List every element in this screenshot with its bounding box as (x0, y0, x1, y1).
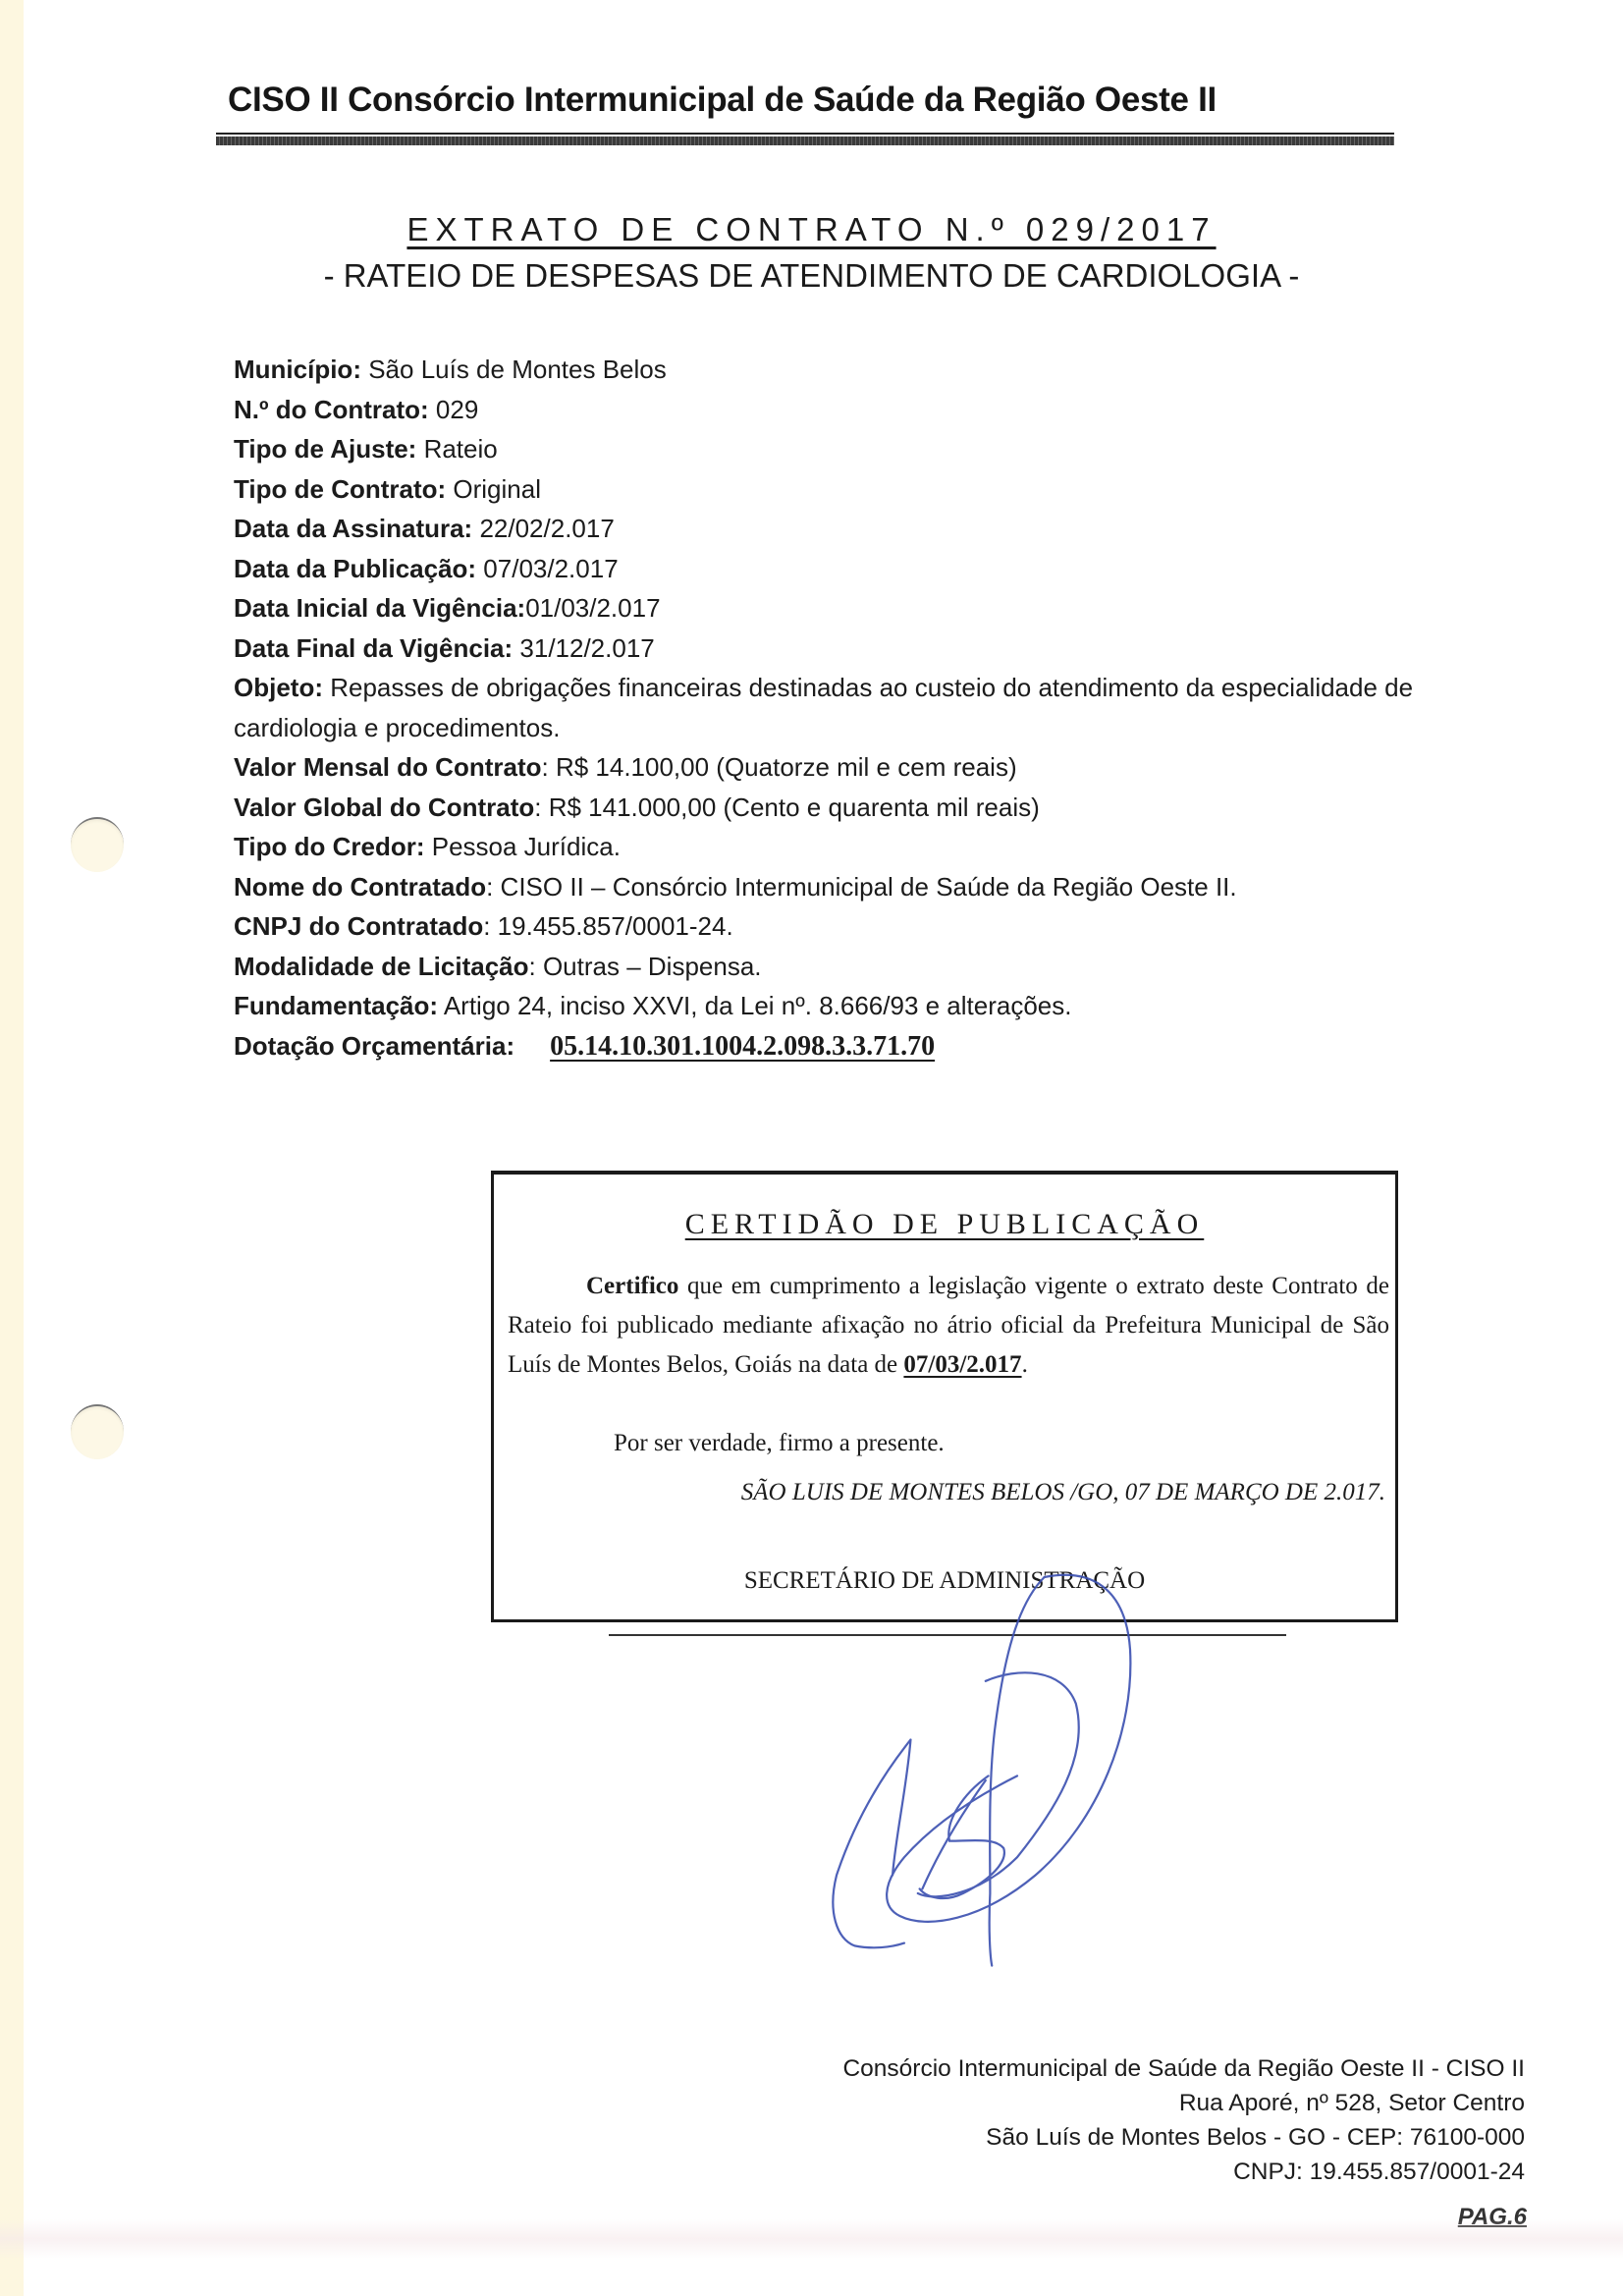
field-value: Repasses de obrigações financeiras desti… (234, 673, 1413, 742)
certificate-publication-date: 07/03/2.017 (903, 1351, 1021, 1378)
field-municipio: Município: São Luís de Montes Belos (234, 350, 1432, 390)
field-end-date: Data Final da Vigência: 31/12/2.017 (234, 629, 1432, 669)
certificate-closing: Por ser verdade, firmo a presente. (614, 1430, 945, 1457)
field-start-date: Data Inicial da Vigência:01/03/2.017 (234, 588, 1432, 629)
field-contractor-name: Nome do Contratado: CISO II – Consórcio … (234, 867, 1432, 907)
field-contract-type: Tipo de Contrato: Original (234, 469, 1432, 510)
contract-fields: Município: São Luís de Montes Belos N.º … (234, 350, 1432, 1066)
field-value: São Luís de Montes Belos (361, 355, 667, 384)
certificate-place-date: SÃO LUIS DE MONTES BELOS /GO, 07 DE MARÇ… (741, 1479, 1385, 1506)
field-value: : R$ 141.000,00 (Cento e quarenta mil re… (534, 793, 1040, 822)
field-publication-date: Data da Publicação: 07/03/2.017 (234, 549, 1432, 589)
letterhead-rule-thick (216, 137, 1394, 145)
document-title: EXTRATO DE CONTRATO N.º 029/2017 (0, 211, 1623, 248)
letterhead-rule (216, 133, 1394, 135)
field-value: : 19.455.857/0001-24. (483, 911, 732, 941)
field-label: Data Final da Vigência: (234, 633, 513, 663)
certificate-lead-word: Certifico (586, 1273, 678, 1299)
field-contract-number: N.º do Contrato: 029 (234, 390, 1432, 430)
field-value: 01/03/2.017 (525, 593, 660, 623)
field-label: Valor Mensal do Contrato (234, 752, 542, 782)
field-bidding-modality: Modalidade de Licitação: Outras – Dispen… (234, 947, 1432, 987)
field-object: Objeto: Repasses de obrigações financeir… (234, 668, 1432, 747)
footer-cnpj: CNPJ: 19.455.857/0001-24 (842, 2155, 1525, 2189)
certificate-body: Certifico que em cumprimento a legislaçã… (508, 1267, 1389, 1385)
field-value: : CISO II – Consórcio Intermunicipal de … (486, 872, 1237, 902)
field-value: 31/12/2.017 (513, 633, 655, 663)
field-label: Dotação Orçamentária: (234, 1031, 514, 1061)
signature-line (609, 1634, 1286, 1636)
scan-artifact (0, 2219, 1623, 2259)
field-label: Tipo de Contrato: (234, 474, 446, 504)
field-label: Valor Global do Contrato (234, 793, 534, 822)
field-value: Rateio (416, 434, 497, 464)
budget-allocation-code: 05.14.10.301.1004.2.098.3.3.71.70 (550, 1031, 935, 1062)
footer-city-cep: São Luís de Montes Belos - GO - CEP: 761… (842, 2120, 1525, 2155)
letterhead-footer: Consórcio Intermunicipal de Saúde da Reg… (842, 2051, 1525, 2189)
field-value: Original (446, 474, 541, 504)
field-global-value: Valor Global do Contrato: R$ 141.000,00 … (234, 788, 1432, 828)
field-value: Artigo 24, inciso XXVI, da Lei nº. 8.666… (438, 991, 1071, 1020)
scan-paper-edge (0, 0, 24, 2296)
field-label: Tipo do Credor: (234, 832, 425, 861)
field-label: N.º do Contrato: (234, 395, 429, 424)
publication-certificate: CERTIDÃO DE PUBLICAÇÃO Certifico que em … (491, 1171, 1398, 1622)
field-value: 029 (429, 395, 479, 424)
certificate-title-text: CERTIDÃO DE PUBLICAÇÃO (685, 1208, 1205, 1240)
field-label: Objeto: (234, 673, 323, 702)
field-contractor-cnpj: CNPJ do Contratado: 19.455.857/0001-24. (234, 906, 1432, 947)
punch-hole-bottom (71, 1404, 124, 1459)
document-subtitle: - RATEIO DE DESPESAS DE ATENDIMENTO DE C… (0, 257, 1623, 295)
document-title-text: EXTRATO DE CONTRATO N.º 029/2017 (406, 211, 1216, 247)
field-budget-allocation: Dotação Orçamentária:05.14.10.301.1004.2… (234, 1026, 1432, 1067)
field-label: Fundamentação: (234, 991, 438, 1020)
field-value: 07/03/2.017 (476, 554, 619, 583)
certificate-period: . (1022, 1351, 1028, 1378)
punch-hole-top (71, 817, 124, 872)
field-label: Nome do Contratado (234, 872, 486, 902)
field-value: : R$ 14.100,00 (Quatorze mil e cem reais… (542, 752, 1017, 782)
field-label: Tipo de Ajuste: (234, 434, 416, 464)
field-monthly-value: Valor Mensal do Contrato: R$ 14.100,00 (… (234, 747, 1432, 788)
field-value: : Outras – Dispensa. (529, 952, 762, 981)
field-label: Data da Publicação: (234, 554, 476, 583)
field-value: Pessoa Jurídica. (425, 832, 621, 861)
field-creditor-type: Tipo do Credor: Pessoa Jurídica. (234, 827, 1432, 867)
certificate-signer-title: SECRETÁRIO DE ADMINISTRAÇÃO (494, 1567, 1395, 1595)
footer-organization: Consórcio Intermunicipal de Saúde da Reg… (842, 2051, 1525, 2086)
letterhead-title: CISO II Consórcio Intermunicipal de Saúd… (228, 81, 1406, 120)
footer-address: Rua Aporé, nº 528, Setor Centro (842, 2086, 1525, 2120)
field-label: CNPJ do Contratado (234, 911, 483, 941)
field-label: Data Inicial da Vigência: (234, 593, 525, 623)
certificate-title: CERTIDÃO DE PUBLICAÇÃO (494, 1208, 1395, 1241)
field-value: 22/02/2.017 (472, 514, 615, 543)
field-adjustment-type: Tipo de Ajuste: Rateio (234, 429, 1432, 469)
field-legal-basis: Fundamentação: Artigo 24, inciso XXVI, d… (234, 986, 1432, 1026)
field-signature-date: Data da Assinatura: 22/02/2.017 (234, 509, 1432, 549)
field-label: Modalidade de Licitação (234, 952, 529, 981)
field-label: Data da Assinatura: (234, 514, 472, 543)
field-label: Município: (234, 355, 361, 384)
